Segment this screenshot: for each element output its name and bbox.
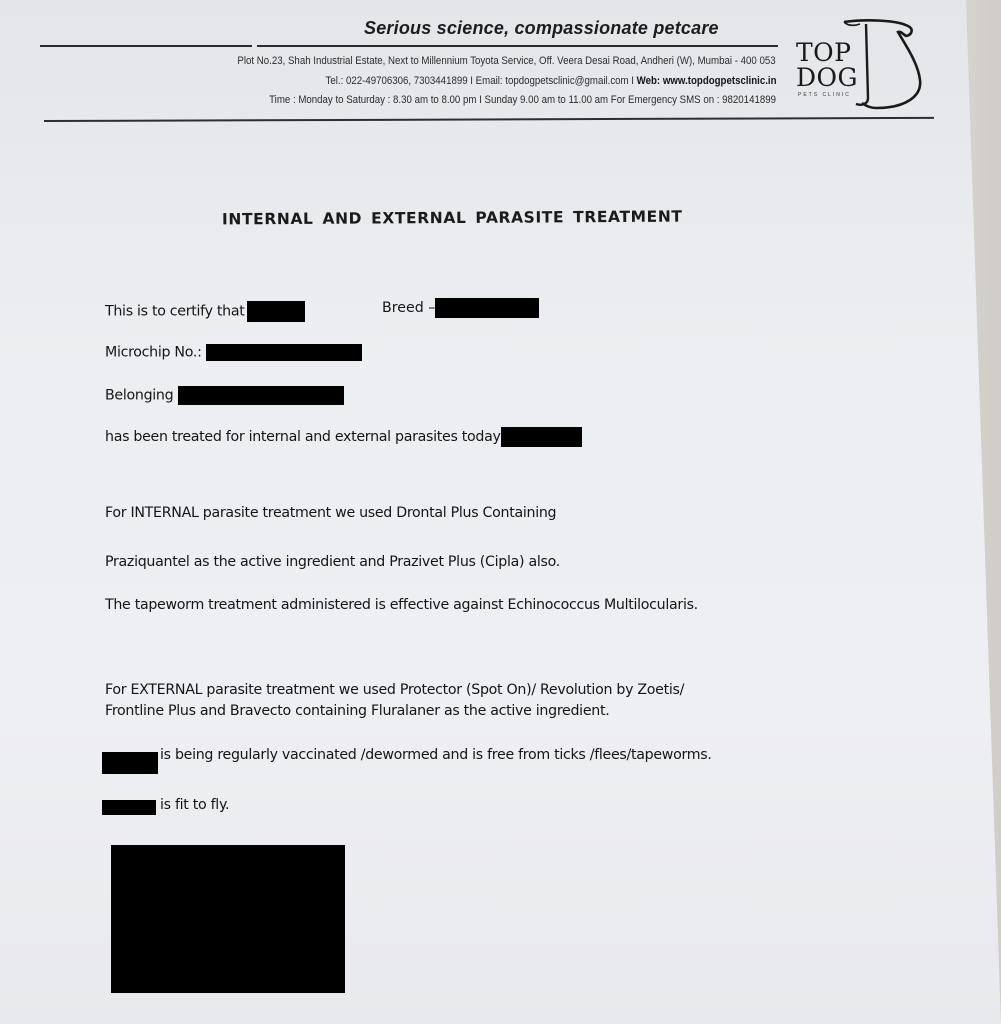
redacted-microchip <box>206 344 362 361</box>
document-title: INTERNAL AND EXTERNAL PARASITE TREATMENT <box>222 208 683 229</box>
clinic-hours: Time : Monday to Saturday : 8.30 am to 8… <box>269 94 776 106</box>
logo-line-dog: DOG <box>796 65 858 90</box>
external-treatment-line-1: For EXTERNAL parasite treatment we used … <box>105 682 684 698</box>
redacted-signature-stamp <box>111 845 345 993</box>
certificate-paper: Serious science, compassionate petcare P… <box>0 0 1001 1024</box>
clinic-tagline: Serious science, compassionate petcare <box>364 18 719 39</box>
header-rule-top <box>40 45 778 47</box>
redacted-pet-name <box>247 301 305 322</box>
microchip-line: Microchip No.: <box>105 344 362 361</box>
redacted-pet-name-3 <box>102 800 156 815</box>
belonging-line: Belonging <box>105 386 344 405</box>
certify-line: This is to certify that <box>105 301 305 322</box>
header-rule-gap <box>252 44 257 48</box>
clinic-logo: TOP DOG PETS CLINIC <box>796 18 926 113</box>
treated-line: has been treated for internal and extern… <box>105 427 582 447</box>
clinic-contact: Tel.: 022-49706306, 7303441899 I Email: … <box>325 75 776 87</box>
breed-label: Breed – <box>382 300 435 316</box>
redacted-pet-name-2 <box>102 752 158 774</box>
redacted-breed <box>435 298 539 318</box>
fit-to-fly-line: is fit to fly. <box>160 797 229 813</box>
internal-treatment-line-3: The tapeworm treatment administered is e… <box>105 597 698 613</box>
external-treatment-line-2: Frontline Plus and Bravecto containing F… <box>105 703 609 719</box>
certify-label: This is to certify that <box>105 304 245 320</box>
logo-subtitle: PETS CLINIC <box>798 92 851 98</box>
clinic-address: Plot No.23, Shah Industrial Estate, Next… <box>238 55 776 67</box>
logo-line-top: TOP <box>796 40 852 65</box>
vaccinated-line: is being regularly vaccinated /dewormed … <box>160 747 712 763</box>
contact-text: Tel.: 022-49706306, 7303441899 I Email: … <box>325 75 636 87</box>
header-rule-bottom <box>44 117 934 122</box>
internal-treatment-line-2: Praziquantel as the active ingredient an… <box>105 554 560 570</box>
microchip-label: Microchip No.: <box>105 345 202 361</box>
clinic-website: Web: www.topdogpetsclinic.in <box>636 75 776 87</box>
redacted-owner <box>178 386 344 405</box>
internal-treatment-line-1: For INTERNAL parasite treatment we used … <box>105 505 556 521</box>
breed-line: Breed – <box>382 298 539 318</box>
redacted-date <box>501 427 582 447</box>
belonging-label: Belonging <box>105 388 173 404</box>
treated-text: has been treated for internal and extern… <box>105 429 501 445</box>
